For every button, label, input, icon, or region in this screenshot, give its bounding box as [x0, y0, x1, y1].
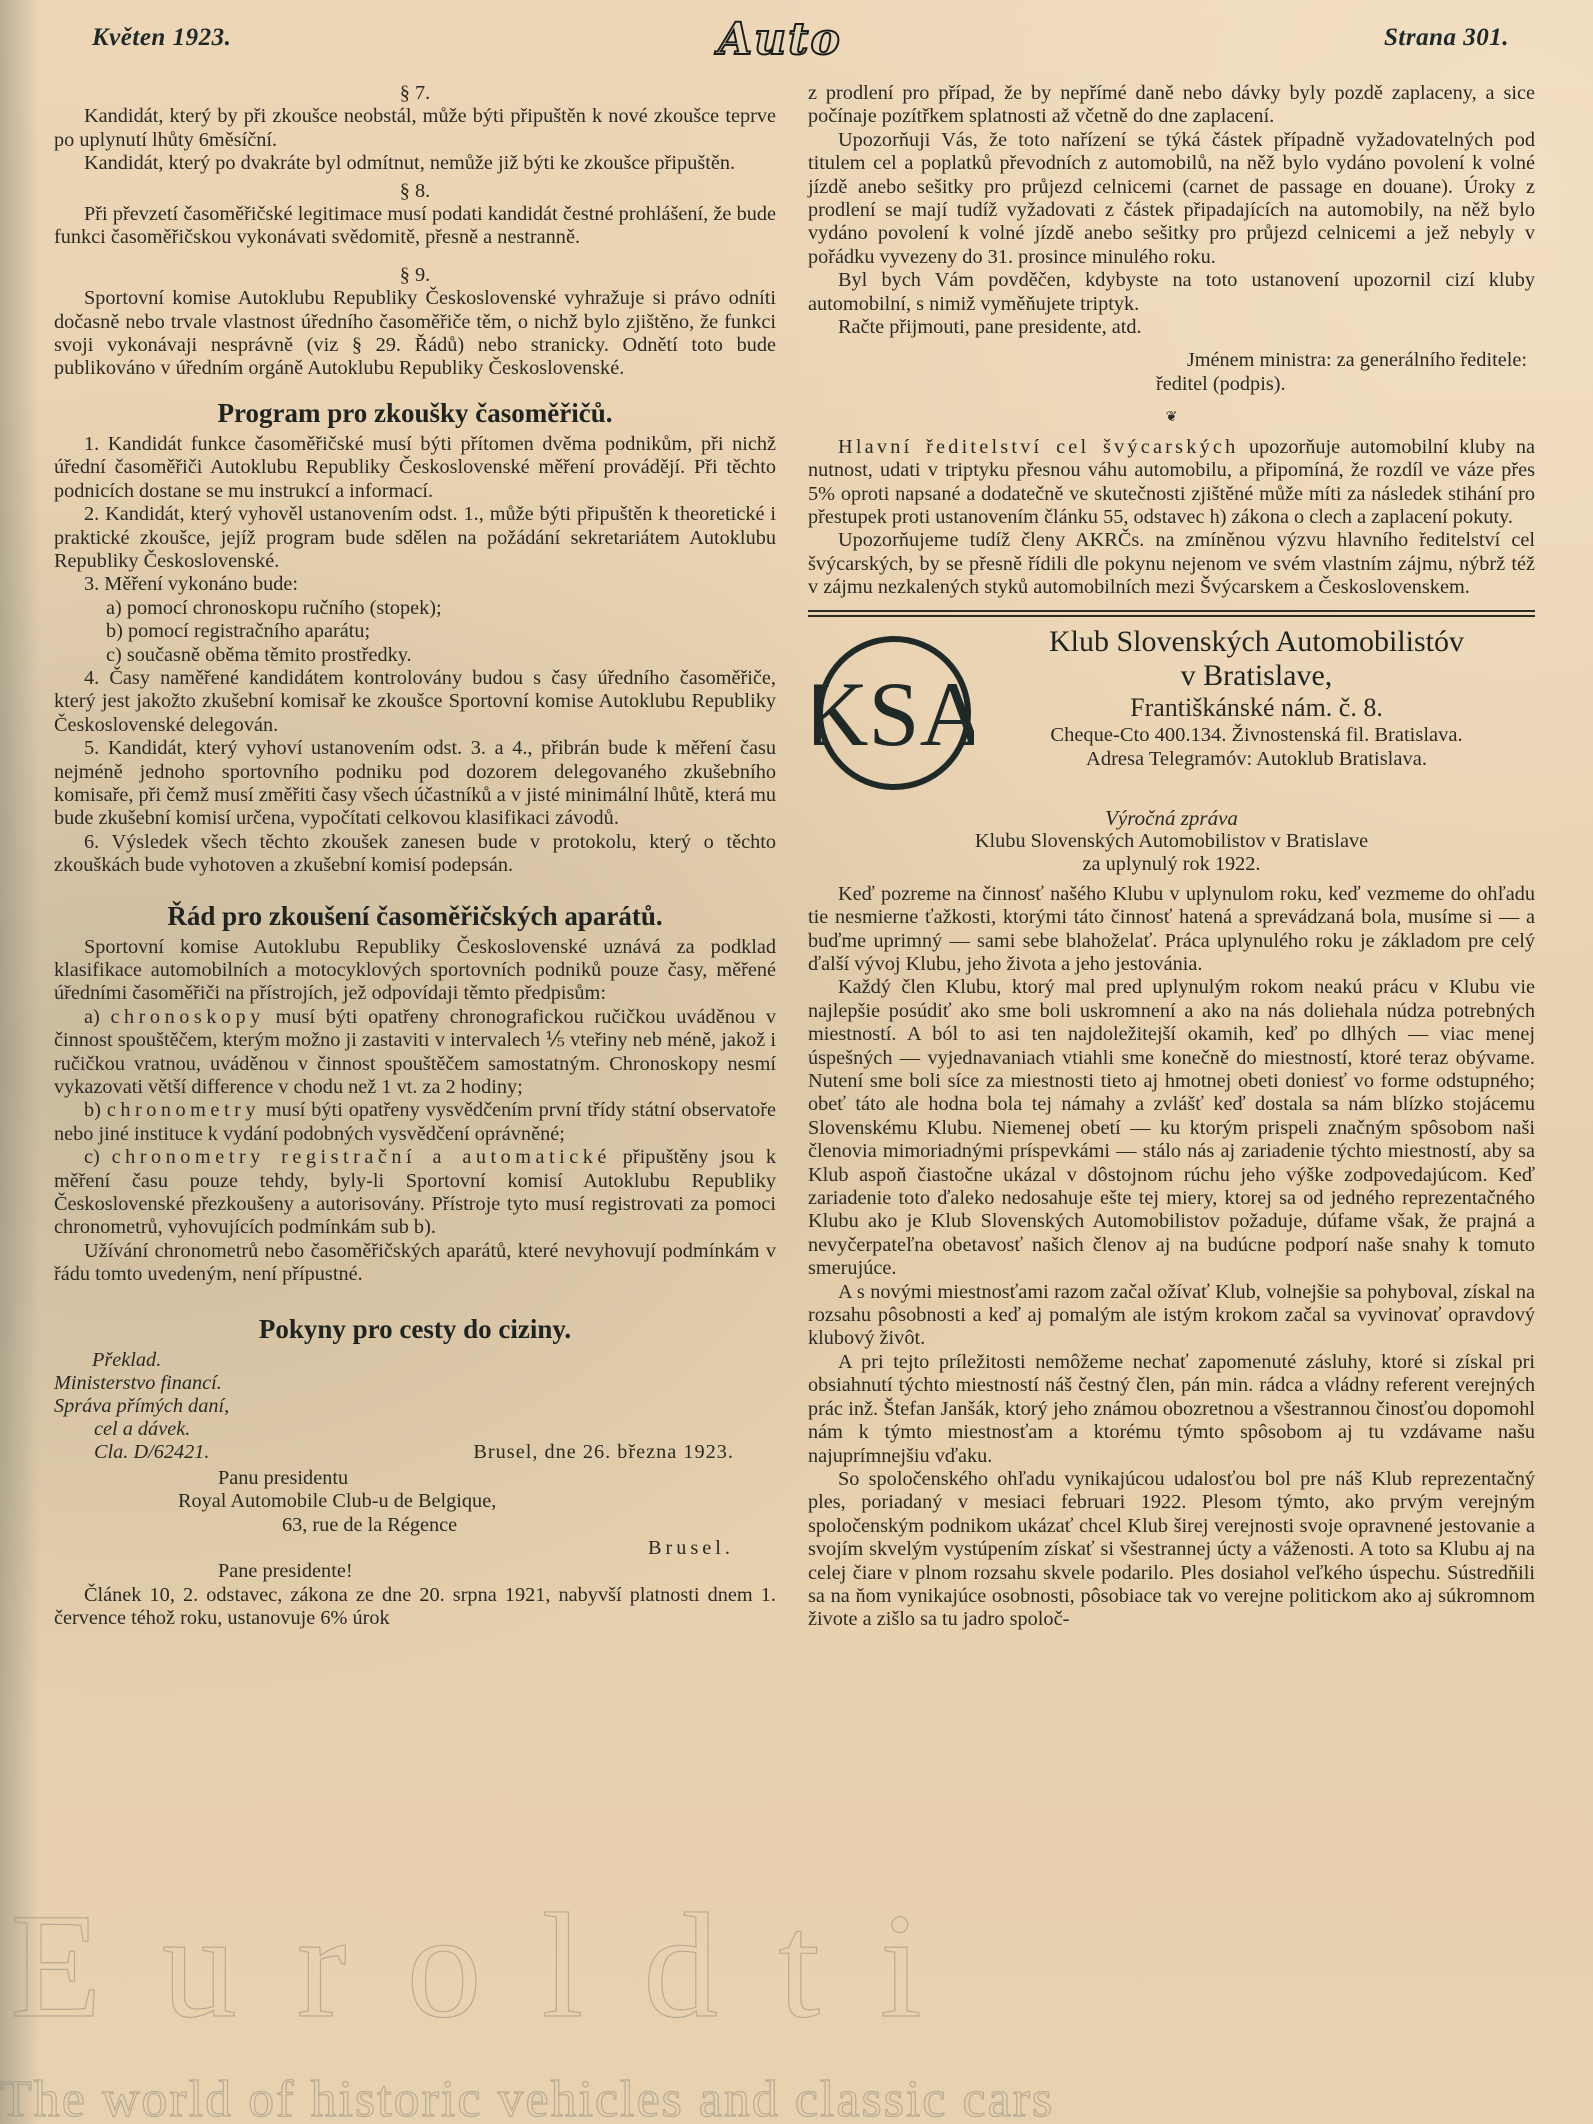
program-item-3a: a) pomocí chronoskopu ručního (stopek); — [54, 597, 776, 620]
right-column: z prodlení pro případ, že by nepřímé dan… — [808, 82, 1535, 1632]
letter-paragraph-4: Račte přijmouti, pane presidente, atd. — [808, 316, 1535, 339]
club-name-line-2: v Bratislave, — [978, 659, 1535, 693]
program-item-1: 1. Kandidát funkce časoměřičské musí být… — [54, 433, 776, 503]
rad-intro: Sportovní komise Autoklubu Republiky Čes… — [54, 936, 776, 1006]
rad-item-b: b) chronometry musí býti opatřeny vysvěd… — [54, 1099, 776, 1146]
section-9-paragraph: Sportovní komise Autoklubu Republiky Čes… — [54, 287, 776, 381]
rad-item-b-label: b) — [84, 1099, 101, 1121]
place-and-date: Brusel, dne 26. března 1923. — [473, 1441, 734, 1464]
letter-continuation: z prodlení pro případ, že by nepřímé dan… — [808, 82, 1535, 129]
swiss-paragraph-1: Hlavní ředitelství cel švýcarských upozo… — [808, 436, 1535, 530]
letter-paragraph-3: Byl bych Vám povděčen, kdybyste na toto … — [808, 269, 1535, 316]
club-info: Klub Slovenských Automobilistóv v Bratis… — [978, 625, 1535, 771]
swiss-lead: Hlavní ředitelství cel švýcarských — [838, 436, 1238, 458]
translation-label: Překlad. — [92, 1349, 161, 1372]
rad-title: Řád pro zkoušení časoměřičských aparátů. — [54, 900, 776, 932]
section-7-paragraph-2: Kandidát, který po dvakráte byl odmítnut… — [54, 152, 776, 175]
ministry-name: Ministerstvo financí. — [54, 1372, 222, 1395]
ksa-logo-icon: KSA — [814, 633, 974, 793]
pokyny-title: Pokyny pro cesty do ciziny. — [54, 1313, 776, 1345]
watermark-logo: Euroldti — [10, 1880, 982, 2052]
letter-paragraph-2: Upozorňuji Vás, že toto nařízení se týká… — [808, 129, 1535, 269]
program-item-3c: c) současně oběma těmito prostředky. — [54, 644, 776, 667]
report-paragraph-3: A s novými miestnosťami razom začal ožív… — [808, 1281, 1535, 1351]
section-8-heading: § 8. — [54, 180, 776, 203]
program-item-4: 4. Časy naměřené kandidátem kontrolovány… — [54, 667, 776, 737]
reference-number: Cla. D/62421. — [94, 1441, 210, 1464]
rad-item-a-label: a) — [84, 1006, 100, 1028]
addressee-line-2: Royal Automobile Club-u de Belgique, — [54, 1490, 776, 1513]
club-address: Františkánské nám. č. 8. — [978, 693, 1535, 723]
issue-date: Květen 1923. — [92, 24, 231, 52]
addressee-line-1: Panu presidentu — [54, 1467, 776, 1490]
club-cheque-account: Cheque-Cto 400.134. Živnostenská fil. Br… — [978, 723, 1535, 747]
office-name-2: cel a dávek. — [94, 1418, 190, 1441]
rad-closing: Užívání chronometrů nebo časoměřičských … — [54, 1240, 776, 1287]
addressee-line-3: 63, rue de la Régence — [54, 1514, 776, 1537]
report-subtitle-1: Klubu Slovenských Automobilistov v Brati… — [808, 830, 1535, 853]
left-column: § 7. Kandidát, který by při zkoušce neob… — [54, 82, 776, 1631]
watermark-tagline: The world of historic vehicles and class… — [0, 2070, 1054, 2124]
program-item-6: 6. Výsledek všech těchto zkoušek zanesen… — [54, 831, 776, 878]
section-8-paragraph: Při převzetí časoměřičské legitimace mus… — [54, 203, 776, 250]
program-item-3: 3. Měření vykonáno bude: — [54, 573, 776, 596]
rad-item-c-term: chronometry registrační a automatické — [112, 1146, 611, 1168]
report-paragraph-2: Každý člen Klubu, ktorý mal pred uplynul… — [808, 976, 1535, 1280]
section-7-paragraph-1: Kandidát, který by při zkoušce neobstál,… — [54, 105, 776, 152]
svg-text:KSA: KSA — [814, 663, 974, 765]
report-paragraph-1: Keď pozreme na činnosť našého Klubu v up… — [808, 883, 1535, 977]
letter-heading-block: Překlad. Ministerstvo financí. Správa př… — [54, 1349, 776, 1467]
section-7-heading: § 7. — [54, 82, 776, 105]
report-subtitle-2: za uplynulý rok 1922. — [808, 853, 1535, 876]
page-header: Květen 1923. Auto Strana 301. — [0, 18, 1593, 68]
report-paragraph-4: A pri tejto príležitosti nemôžeme nechať… — [808, 1351, 1535, 1468]
report-paragraph-5: So spoločenského ohľadu vynikajúcou udal… — [808, 1468, 1535, 1632]
letter-body-start: Článek 10, 2. odstavec, zákona ze dne 20… — [54, 1584, 776, 1631]
office-name: Správa přímých daní, — [54, 1395, 229, 1418]
signature-line-2: ředitel (podpis). — [808, 373, 1535, 396]
ornament-icon: ❦ — [808, 406, 1535, 429]
masthead-logo: Auto — [718, 14, 842, 65]
page-spine-shadow — [0, 0, 40, 2124]
section-divider — [808, 610, 1535, 617]
program-item-2: 2. Kandidát, který vyhověl ustanovením o… — [54, 503, 776, 573]
rad-item-c-label: c) — [84, 1146, 100, 1168]
rad-item-b-term: chronometry — [107, 1099, 260, 1121]
salutation: Pane presidente! — [54, 1560, 776, 1583]
section-9-heading: § 9. — [54, 264, 776, 287]
report-title: Výročná zpráva — [808, 807, 1535, 830]
program-item-5: 5. Kandidát, který vyhoví ustanovením od… — [54, 737, 776, 831]
rad-item-a: a) chronoskopy musí býti opatřeny chrono… — [54, 1006, 776, 1100]
program-item-3b: b) pomocí registračního aparátu; — [54, 620, 776, 643]
signature-line-1: Jménem ministra: za generálního ředitele… — [808, 349, 1535, 372]
rad-item-c: c) chronometry registrační a automatické… — [54, 1146, 776, 1240]
swiss-paragraph-2: Upozorňujeme tudíž členy AKRČs. na zmíně… — [808, 529, 1535, 599]
addressee-city: Brusel. — [54, 1537, 776, 1560]
page-number: Strana 301. — [1384, 24, 1509, 52]
club-header: KSA Klub Slovenských Automobilistóv v Br… — [808, 625, 1535, 795]
club-name-line-1: Klub Slovenských Automobilistóv — [978, 625, 1535, 659]
rad-item-a-term: chronoskopy — [111, 1006, 265, 1028]
club-telegram-address: Adresa Telegramóv: Autoklub Bratislava. — [978, 747, 1535, 771]
program-title: Program pro zkoušky časoměřičů. — [54, 397, 776, 429]
